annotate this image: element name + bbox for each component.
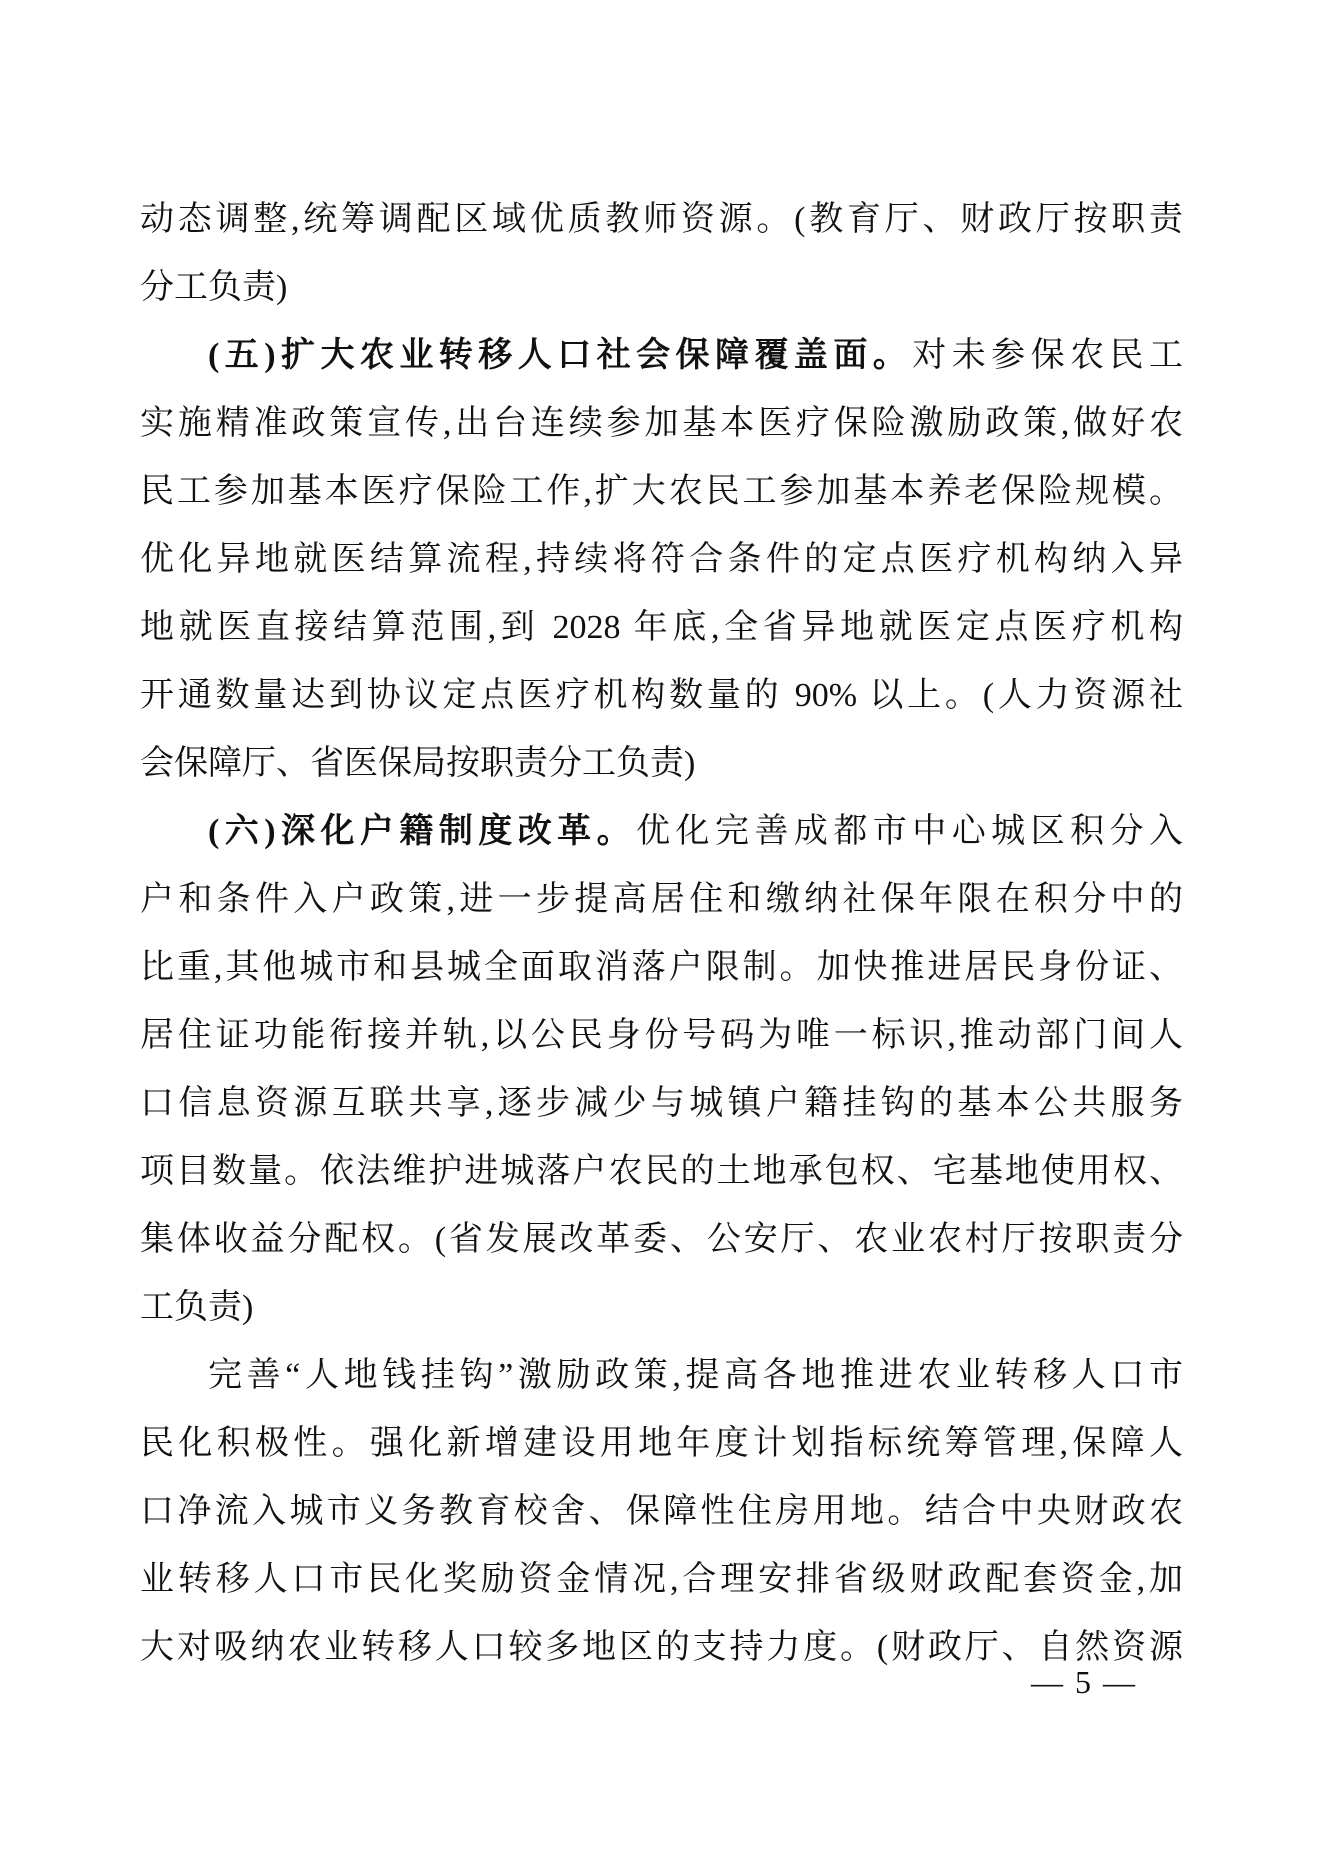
text-line: 民化积极性。强化新增建设用地年度计划指标统筹管理,保障人 [140,1410,1183,1478]
text-run: 实施精准政策宣传,出台连续参加基本医疗保险激励政策,做好农 [140,405,1183,442]
text-run: 工负责) [140,1289,253,1326]
text-line: 分工负责) [140,254,1183,322]
text-line: (六)深化户籍制度改革。优化完善成都市中心城区积分入 [140,798,1183,866]
text-line: 动态调整,统筹调配区域优质教师资源。(教育厅、财政厅按职责 [140,186,1183,254]
text-line: 户和条件入户政策,进一步提高居住和缴纳社保年限在积分中的 [140,866,1183,934]
text-line: 完善“人地钱挂钩”激励政策,提高各地推进农业转移人口市 [140,1342,1183,1410]
text-line: 口信息资源互联共享,逐步减少与城镇户籍挂钩的基本公共服务 [140,1070,1183,1138]
text-line: 口净流入城市义务教育校舍、保障性住房用地。结合中央财政农 [140,1478,1183,1546]
text-run: 比重,其他城市和县城全面取消落户限制。加快推进居民身份证、 [140,949,1183,986]
text-line: 会保障厅、省医保局按职责分工负责) [140,730,1183,798]
text-line: 实施精准政策宣传,出台连续参加基本医疗保险激励政策,做好农 [140,390,1183,458]
text-line: 比重,其他城市和县城全面取消落户限制。加快推进居民身份证、 [140,934,1183,1002]
text-line: 大对吸纳农业转移人口较多地区的支持力度。(财政厅、自然资源 [140,1614,1183,1682]
text-line: 工负责) [140,1274,1183,1342]
text-line: 开通数量达到协议定点医疗机构数量的 90% 以上。(人力资源社 [140,662,1183,730]
text-run: 项目数量。依法维护进城落户农民的土地承包权、宅基地使用权、 [140,1153,1183,1190]
text-run: 会保障厅、省医保局按职责分工负责) [140,745,695,782]
text-run: 口信息资源互联共享,逐步减少与城镇户籍挂钩的基本公共服务 [140,1085,1183,1122]
text-line: 业转移人口市民化奖励资金情况,合理安排省级财政配套资金,加 [140,1546,1183,1614]
text-line: 居住证功能衔接并轨,以公民身份号码为唯一标识,推动部门间人 [140,1002,1183,1070]
text-line: 优化异地就医结算流程,持续将符合条件的定点医疗机构纳入异 [140,526,1183,594]
text-run: 地就医直接结算范围,到 2028 年底,全省异地就医定点医疗机构 [140,609,1183,646]
text-run: 大对吸纳农业转移人口较多地区的支持力度。(财政厅、自然资源 [140,1629,1183,1666]
text-run: 完善“人地钱挂钩”激励政策,提高各地推进农业转移人口市 [208,1357,1183,1394]
text-run: 开通数量达到协议定点医疗机构数量的 90% 以上。(人力资源社 [140,677,1183,714]
document-page: 动态调整,统筹调配区域优质教师资源。(教育厅、财政厅按职责分工负责)(五)扩大农… [0,0,1323,1871]
page-number: — 5 — [1031,1662,1137,1702]
text-line: 集体收益分配权。(省发展改革委、公安厅、农业农村厅按职责分 [140,1206,1183,1274]
text-line: 项目数量。依法维护进城落户农民的土地承包权、宅基地使用权、 [140,1138,1183,1206]
section-heading: (五)扩大农业转移人口社会保障覆盖面。 [208,337,912,374]
text-run: 优化完善成都市中心城区积分入 [636,813,1183,850]
section-heading: (六)深化户籍制度改革。 [208,813,636,850]
text-line: 民工参加基本医疗保险工作,扩大农民工参加基本养老保险规模。 [140,458,1183,526]
text-run: 动态调整,统筹调配区域优质教师资源。(教育厅、财政厅按职责 [140,201,1183,238]
text-run: 民化积极性。强化新增建设用地年度计划指标统筹管理,保障人 [140,1425,1183,1462]
text-run: 业转移人口市民化奖励资金情况,合理安排省级财政配套资金,加 [140,1561,1183,1598]
text-line: (五)扩大农业转移人口社会保障覆盖面。对未参保农民工 [140,322,1183,390]
text-run: 优化异地就医结算流程,持续将符合条件的定点医疗机构纳入异 [140,541,1183,578]
text-run: 分工负责) [140,269,287,306]
document-body: 动态调整,统筹调配区域优质教师资源。(教育厅、财政厅按职责分工负责)(五)扩大农… [140,186,1183,1682]
text-run: 户和条件入户政策,进一步提高居住和缴纳社保年限在积分中的 [140,881,1183,918]
text-run: 民工参加基本医疗保险工作,扩大农民工参加基本养老保险规模。 [140,473,1183,510]
text-run: 口净流入城市义务教育校舍、保障性住房用地。结合中央财政农 [140,1493,1183,1530]
text-run: 集体收益分配权。(省发展改革委、公安厅、农业农村厅按职责分 [140,1221,1183,1258]
text-run: 居住证功能衔接并轨,以公民身份号码为唯一标识,推动部门间人 [140,1017,1183,1054]
text-line: 地就医直接结算范围,到 2028 年底,全省异地就医定点医疗机构 [140,594,1183,662]
text-run: 对未参保农民工 [912,337,1183,374]
